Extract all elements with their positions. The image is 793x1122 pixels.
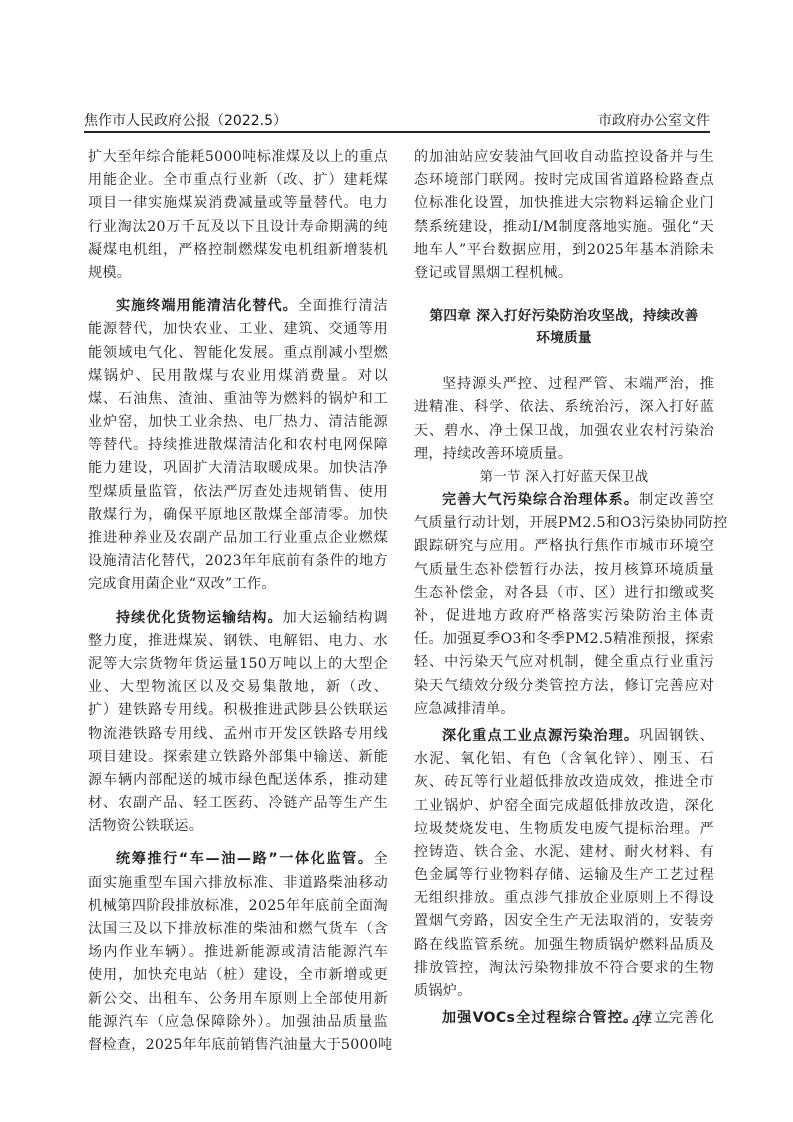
text-line: 理，持续改善环境质量。 bbox=[414, 443, 714, 466]
paragraph-vehicle-oil-road: 统筹推行“车—油—路”一体化监管。全 面实施重型车国六排放标准、非道路柴油移动 … bbox=[88, 848, 388, 1057]
paragraph-first-line: 持续优化货物运输结构。加大运输结构调 bbox=[88, 607, 388, 630]
text-line: 项目一律实施煤炭消费减量或等量替代。电力 bbox=[88, 192, 388, 215]
running-header: 焦作市人民政府公报（2022.5） 市政府办公室文件 bbox=[84, 108, 710, 130]
text-line: 机械第四阶段排放标准，2025年年底前全面淘 bbox=[88, 895, 388, 918]
text-line: 物流港铁路专用线、孟州市开发区铁路专用线 bbox=[88, 723, 388, 746]
text-line: 扩）建铁路专用线。积极推进武陟县公铁联运 bbox=[88, 699, 388, 722]
text-line: 能领域电气化、智能化发展。重点削减小型燃 bbox=[88, 342, 388, 365]
text-line: 色金属等行业物料存储、运输及生产工艺过程 bbox=[414, 864, 714, 887]
text-line: 材、农副产品、轻工医药、冷链产品等生产生 bbox=[88, 792, 388, 815]
text-line: 汰国三及以下排放标准的柴油和燃气货车（含 bbox=[88, 918, 388, 941]
text-line: 工业锅炉、炉窑全面完成超低排放改造，深化 bbox=[414, 795, 714, 818]
text-line: 排放管控，淘汰污染物排放不符合要求的生物 bbox=[414, 957, 714, 980]
text-line: 完成食用菌企业“双改”工作。 bbox=[88, 573, 388, 596]
chapter-heading: 第四章 深入打好污染防治攻坚战，持续改善 环境质量 bbox=[414, 305, 714, 349]
paragraph-first-line: 实施终端用能清洁化替代。全面推行清洁 bbox=[88, 295, 388, 318]
paragraph-first-line: 深化重点工业点源污染治理。巩固钢铁、 bbox=[414, 725, 714, 748]
text-line: 新公交、出租车、公务用车原则上全部使用新 bbox=[88, 988, 388, 1011]
text-line: 染天气绩效分级分类管控方法，修订完善应对 bbox=[414, 675, 714, 698]
text-line: 场内作业车辆）。推进新能源或清洁能源汽车 bbox=[88, 941, 388, 964]
text-line: 任。加强夏季O3和冬季PM2.5精准预报，探索 bbox=[414, 628, 714, 651]
text-line: 扩大至年综合能耗5000吨标准煤及以上的重点 bbox=[88, 146, 388, 169]
text-line: 督检查，2025年年底前销售汽油量大于5000吨 bbox=[88, 1034, 388, 1057]
text-line: 水泥、氧化铝、有色（含氧化锌）、刚玉、石 bbox=[414, 748, 714, 771]
text-line: 控铸造、铁合金、水泥、建材、耐火材料、有 bbox=[414, 841, 714, 864]
text-run: 加大运输结构调 bbox=[283, 610, 388, 626]
text-line: 灰、砖瓦等行业超低排放改造成效，推进全市 bbox=[414, 771, 714, 794]
paragraph-heading: 完善大气污染综合治理体系。 bbox=[442, 492, 639, 508]
text-line: 应急减排清单。 bbox=[414, 698, 714, 721]
text-line: 生态补偿金，对各县（市、区）进行扣缴或奖 bbox=[414, 582, 714, 605]
paragraph-heading: 加强VOCs全过程综合管控。 bbox=[442, 1010, 638, 1026]
text-line: 面实施重型车国六排放标准、非道路柴油移动 bbox=[88, 872, 388, 895]
text-run: 制定改善空 bbox=[639, 492, 714, 508]
text-line: 推进种养业及农副产品加工行业重点企业燃煤 bbox=[88, 527, 388, 550]
text-line: 等替代。持续推进散煤清洁化和农村电网保障 bbox=[88, 434, 388, 457]
text-line: 地车人”平台数据应用，到2025年基本消除未 bbox=[414, 239, 714, 262]
text-line: 的加油站应安装油气回收自动监控设备并与生 bbox=[414, 146, 714, 169]
text-line: 无组织排放。重点涉气排放企业原则上不得设 bbox=[414, 887, 714, 910]
text-line: 垃圾焚烧发电、生物质发电废气提标治理。严 bbox=[414, 818, 714, 841]
text-line: 行业淘汰20万千瓦及以下且设计寿命期满的纯 bbox=[88, 216, 388, 239]
publication-title: 焦作市人民政府公报（2022.5） bbox=[84, 110, 287, 130]
text-line: 坚持源头严控、过程严管、末端严治，推 bbox=[414, 373, 714, 396]
text-line: 进精准、科学、依法、系统治污，深入打好蓝 bbox=[414, 396, 714, 419]
text-line: 设施清洁化替代，2023年年底前有条件的地方 bbox=[88, 550, 388, 573]
paragraph-chapter-intro: 坚持源头严控、过程严管、末端严治，推 进精准、科学、依法、系统治污，深入打好蓝 … bbox=[414, 373, 714, 466]
text-line: 跟踪研究与应用。严格执行焦作市城市环境空 bbox=[414, 535, 714, 558]
section-label: 市政府办公室文件 bbox=[598, 110, 710, 130]
paragraph-first-line: 统筹推行“车—油—路”一体化监管。全 bbox=[88, 848, 388, 871]
text-line: 项目建设。探索建立铁路外部集中输送、新能 bbox=[88, 746, 388, 769]
paragraph-heading: 实施终端用能清洁化替代。 bbox=[116, 298, 298, 314]
paragraph-air-pollution-system: 完善大气污染综合治理体系。制定改善空 气质量行动计划，开展PM2.5和O3污染协… bbox=[414, 489, 714, 721]
text-line: 路在线监管系统。加强生物质锅炉燃料品质及 bbox=[414, 934, 714, 957]
text-line: 用能企业。全市重点行业新（改、扩）建耗煤 bbox=[88, 169, 388, 192]
paragraph-gas-station-monitoring: 的加油站应安装油气回收自动监控设备并与生 态环境部门联网。按时完成国省道路检路查… bbox=[414, 146, 714, 285]
right-column: 的加油站应安装油气回收自动监控设备并与生 态环境部门联网。按时完成国省道路检路查… bbox=[414, 146, 714, 1030]
paragraph-energy-users: 扩大至年综合能耗5000吨标准煤及以上的重点 用能企业。全市重点行业新（改、扩）… bbox=[88, 146, 388, 285]
text-line: 泥等大宗货物年货运量150万吨以上的大型企 bbox=[88, 653, 388, 676]
paragraph-first-line: 完善大气污染综合治理体系。制定改善空 bbox=[414, 489, 714, 512]
text-line: 气质量生态补偿暂行办法，按月核算环境质量 bbox=[414, 559, 714, 582]
text-run: 巩固钢铁、 bbox=[639, 728, 714, 744]
text-line: 型煤质量监管，依法严厉查处违规销售、使用 bbox=[88, 481, 388, 504]
chapter-title-line: 环境质量 bbox=[414, 327, 714, 349]
text-line: 登记或冒黑烟工程机械。 bbox=[414, 262, 714, 285]
paragraph-industrial-point-source: 深化重点工业点源污染治理。巩固钢铁、 水泥、氧化铝、有色（含氧化锌）、刚玉、石 … bbox=[414, 725, 714, 1003]
text-run: 全 bbox=[374, 851, 388, 867]
text-line: 业、大型物流区以及交易集散地，新（改、 bbox=[88, 676, 388, 699]
text-line: 整力度，推进煤炭、钢铁、电解铝、电力、水 bbox=[88, 630, 388, 653]
text-line: 态环境部门联网。按时完成国省道路检路查点 bbox=[414, 169, 714, 192]
text-run: 全面推行清洁 bbox=[298, 298, 388, 314]
text-line: 置烟气旁路，因安全生产无法取消的，安装旁 bbox=[414, 910, 714, 933]
paragraph-freight-structure: 持续优化货物运输结构。加大运输结构调 整力度，推进煤炭、钢铁、电解铝、电力、水 … bbox=[88, 607, 388, 839]
paragraph-heading: 深化重点工业点源污染治理。 bbox=[442, 728, 639, 744]
text-line: 活物资公铁联运。 bbox=[88, 815, 388, 838]
text-line: 能源替代，加快农业、工业、建筑、交通等用 bbox=[88, 318, 388, 341]
text-line: 能力建设，巩固扩大清洁取暖成果。加快洁净 bbox=[88, 457, 388, 480]
text-line: 质锅炉。 bbox=[414, 980, 714, 1003]
text-line: 位标准化设置，加快推进大宗物料运输企业门 bbox=[414, 192, 714, 215]
chapter-title-line: 第四章 深入打好污染防治攻坚战，持续改善 bbox=[414, 305, 714, 327]
paragraph-clean-energy-substitution: 实施终端用能清洁化替代。全面推行清洁 能源替代，加快农业、工业、建筑、交通等用 … bbox=[88, 295, 388, 596]
text-line: 能源汽车（应急保障除外）。加强油品质量监 bbox=[88, 1011, 388, 1034]
text-line: 气质量行动计划，开展PM2.5和O3污染协同防控 bbox=[414, 512, 714, 535]
left-column: 扩大至年综合能耗5000吨标准煤及以上的重点 用能企业。全市重点行业新（改、扩）… bbox=[88, 146, 388, 1057]
section-title: 第一节 深入打好蓝天保卫战 bbox=[414, 466, 714, 489]
paragraph-heading: 统筹推行“车—油—路”一体化监管。 bbox=[116, 851, 374, 867]
text-line: 散煤行为，确保平原地区散煤全部清零。加快 bbox=[88, 504, 388, 527]
text-line: 煤锅炉、民用散煤与农业用煤消费量。对以 bbox=[88, 365, 388, 388]
text-line: 补，促进地方政府严格落实污染防治主体责 bbox=[414, 605, 714, 628]
text-line: 源车辆内部配送的城市绿色配送体系，推动建 bbox=[88, 769, 388, 792]
text-line: 凝煤电机组，严格控制燃煤发电机组新增装机 bbox=[88, 239, 388, 262]
text-line: 轻、中污染天气应对机制，健全重点行业重污 bbox=[414, 651, 714, 674]
text-line: 煤、石油焦、渣油、重油等为燃料的锅炉和工 bbox=[88, 388, 388, 411]
text-line: 天、碧水、净土保卫战，加强农业农村污染治 bbox=[414, 420, 714, 443]
header-divider bbox=[84, 131, 710, 133]
page-number: — 47 — bbox=[612, 1012, 671, 1030]
paragraph-heading: 持续优化货物运输结构。 bbox=[116, 610, 283, 626]
text-line: 使用，加快充电站（桩）建设，全市新增或更 bbox=[88, 964, 388, 987]
text-line: 禁系统建设，推动I/M制度落地实施。强化“天 bbox=[414, 216, 714, 239]
text-line: 业炉窑，加快工业余热、电厂热力、清洁能源 bbox=[88, 411, 388, 434]
text-line: 规模。 bbox=[88, 262, 388, 285]
